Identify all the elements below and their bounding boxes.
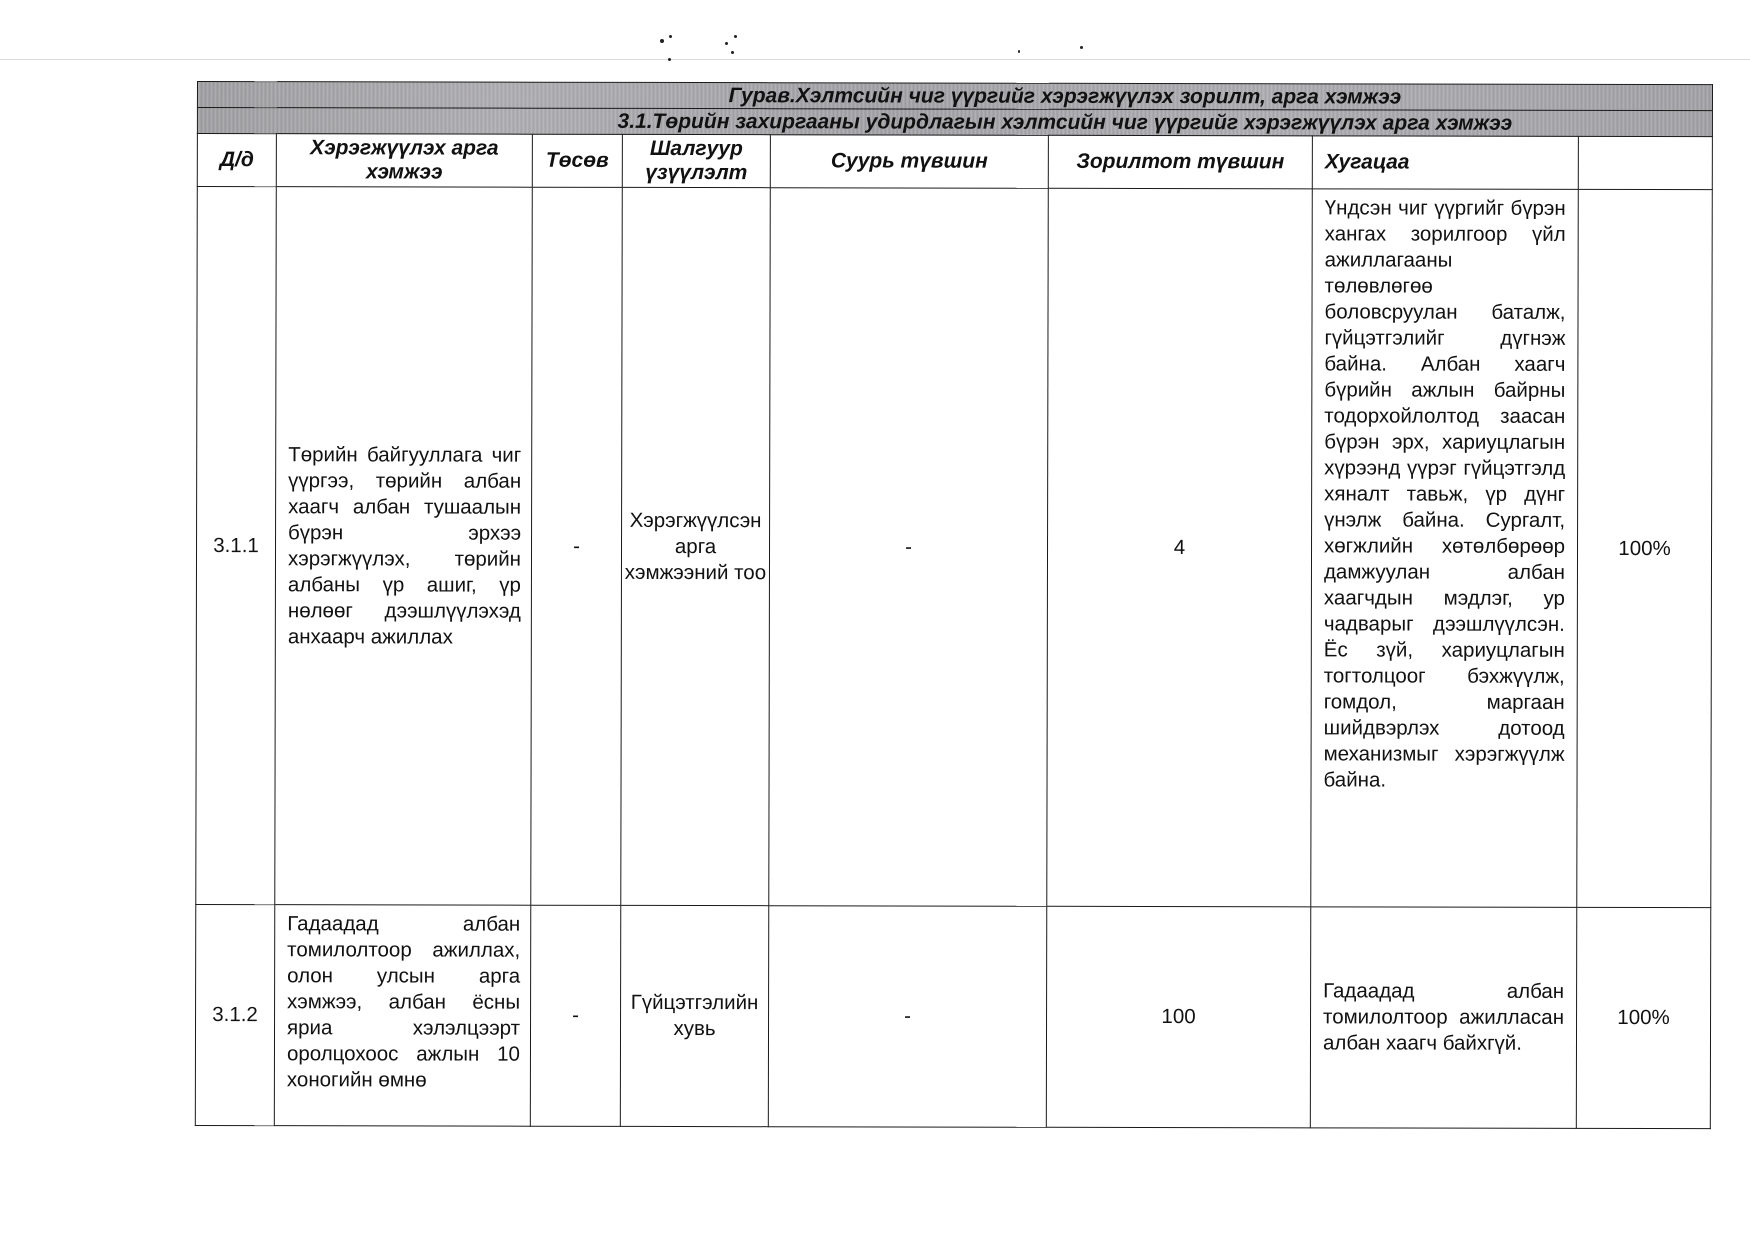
column-header-row: Д/д Хэрэгжүүлэх арга хэмжээ Төсөв Шалгуу… [197, 134, 1712, 190]
row-indicator: Хэрэгжүүлсэн арга хэмжээний тоо [621, 187, 771, 905]
action-plan-table: Гурав.Хэлтсийн чиг үүргийг хэрэгжүүлэх з… [195, 81, 1713, 1129]
table-row: 3.1.1 Төрийн байгууллага чиг үүргээ, төр… [196, 187, 1713, 908]
row-indicator: Гүйцэтгэлийн хувь [620, 905, 768, 1126]
subsection-title-row: 3.1.Төрийн захиргааны удирдлагын хэлтсий… [197, 108, 1712, 137]
scan-speck [731, 51, 734, 54]
row-measure: Гадаадад албан томилолтоор ажиллах, олон… [274, 905, 530, 1127]
subsection-title: 3.1.Төрийн захиргааны удирдлагын хэлтсий… [197, 108, 1712, 137]
section-title-row: Гурав.Хэлтсийн чиг үүргийг хэрэгжүүлэх з… [197, 82, 1712, 111]
scan-speck [668, 58, 671, 61]
column-header-number: Д/д [197, 134, 276, 187]
row-baseline: - [769, 188, 1049, 907]
row-number: 3.1.2 [195, 904, 274, 1125]
section-title: Гурав.Хэлтсийн чиг үүргийг хэрэгжүүлэх з… [197, 82, 1712, 111]
row-target: 4 [1047, 188, 1313, 907]
scan-speck [660, 39, 664, 43]
row-budget: - [530, 905, 620, 1126]
row-timeline: Үндсэн чиг үүргийг бүрэн хангах зорилгоо… [1311, 189, 1579, 908]
row-baseline: - [768, 906, 1046, 1128]
column-header-timeline: Хугацаа [1312, 136, 1578, 190]
row-number: 3.1.1 [196, 187, 277, 905]
column-header-baseline: Суурь түвшин [770, 135, 1048, 189]
column-header-measure: Хэрэгжүүлэх арга хэмжээ [276, 134, 532, 188]
scan-speck [734, 35, 737, 38]
scan-edge-line [0, 59, 1750, 60]
column-header-target: Зорилтот түвшин [1048, 135, 1312, 189]
row-completion: 100% [1577, 189, 1713, 907]
table-row: 3.1.2 Гадаадад албан томилолтоор ажиллах… [195, 904, 1710, 1128]
column-header-completion [1578, 136, 1712, 189]
row-budget: - [531, 187, 623, 905]
row-measure: Төрийн байгууллага чиг үүргээ, төрийн ал… [275, 187, 533, 906]
row-target: 100 [1046, 906, 1310, 1128]
scan-speck [725, 42, 728, 45]
row-completion: 100% [1576, 907, 1710, 1128]
column-header-budget: Төсөв [532, 134, 622, 187]
scan-speck [1080, 46, 1083, 49]
scan-speck [669, 35, 672, 38]
row-timeline: Гадаадад албан томилолтоор ажилласан алб… [1310, 907, 1576, 1129]
column-header-indicator: Шалгуур үзүүлэлт [622, 134, 770, 187]
scan-speck [1018, 50, 1020, 53]
